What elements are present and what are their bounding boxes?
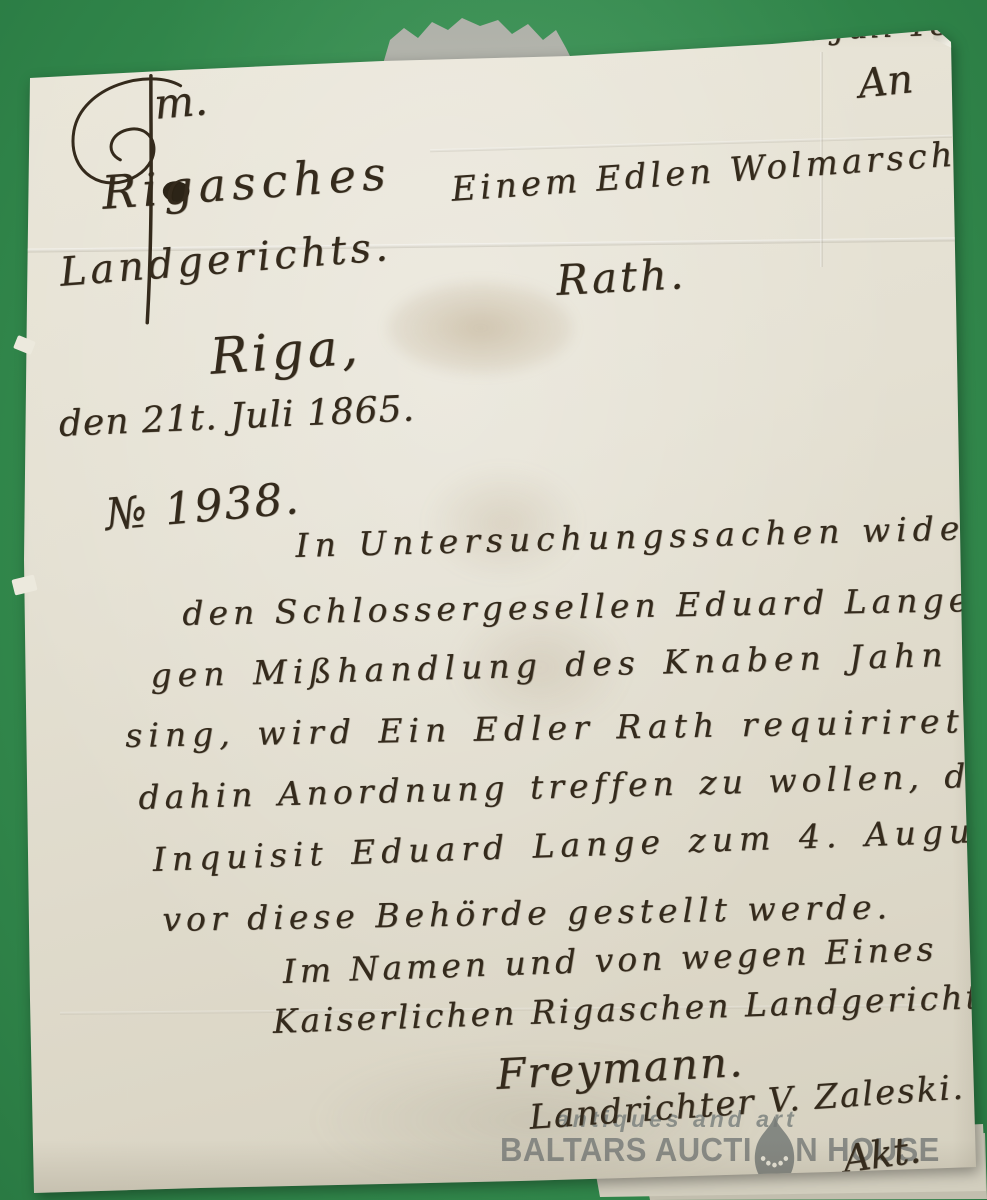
body-line-3: gen Mißhandlung des Knaben Jahn Bra-	[150, 632, 987, 695]
date-line: den 21t. Juli 1865.	[58, 388, 416, 445]
auction-house-drop-logo-icon	[750, 1113, 799, 1193]
body-line-6: Inquisit Eduard Lange zum 4. August	[152, 810, 987, 879]
letter-paper-shadow: antiques and art BALTARS AUCTI N	[0, 0, 987, 1200]
body-line-4: sing, wird Ein Edler Rath requiriret,	[125, 701, 981, 755]
body-line-2: den Schlossergesellen Eduard Lange we-	[182, 579, 987, 633]
paper-stain	[388, 282, 573, 374]
auction-photo: antiques and art BALTARS AUCTI N	[0, 0, 987, 1200]
clerk-mark: m.	[152, 75, 209, 128]
body-line-1: In Untersuchungssachen wider	[295, 508, 987, 565]
reference-number: № 1938.	[103, 473, 302, 541]
address-direction: An	[856, 56, 915, 107]
addressee-line-1: Einem Edlen Wolmarschen	[450, 131, 987, 210]
addressee-line-2: Rath.	[555, 249, 687, 305]
body-line-5: dahin Anordnung treffen zu wollen, daß	[138, 755, 987, 817]
registration-number: № 526.	[42, 19, 196, 75]
place-line: Riga,	[208, 317, 363, 385]
body-line-7: vor diese Behörde gestellt werde.	[162, 887, 892, 939]
watermark-name: BALTARS AUCTI N HOUSE	[500, 1131, 895, 1169]
letter-paper: antiques and art BALTARS AUCTI N	[0, 0, 987, 1200]
signature-clerk: Akt.	[840, 1127, 923, 1181]
